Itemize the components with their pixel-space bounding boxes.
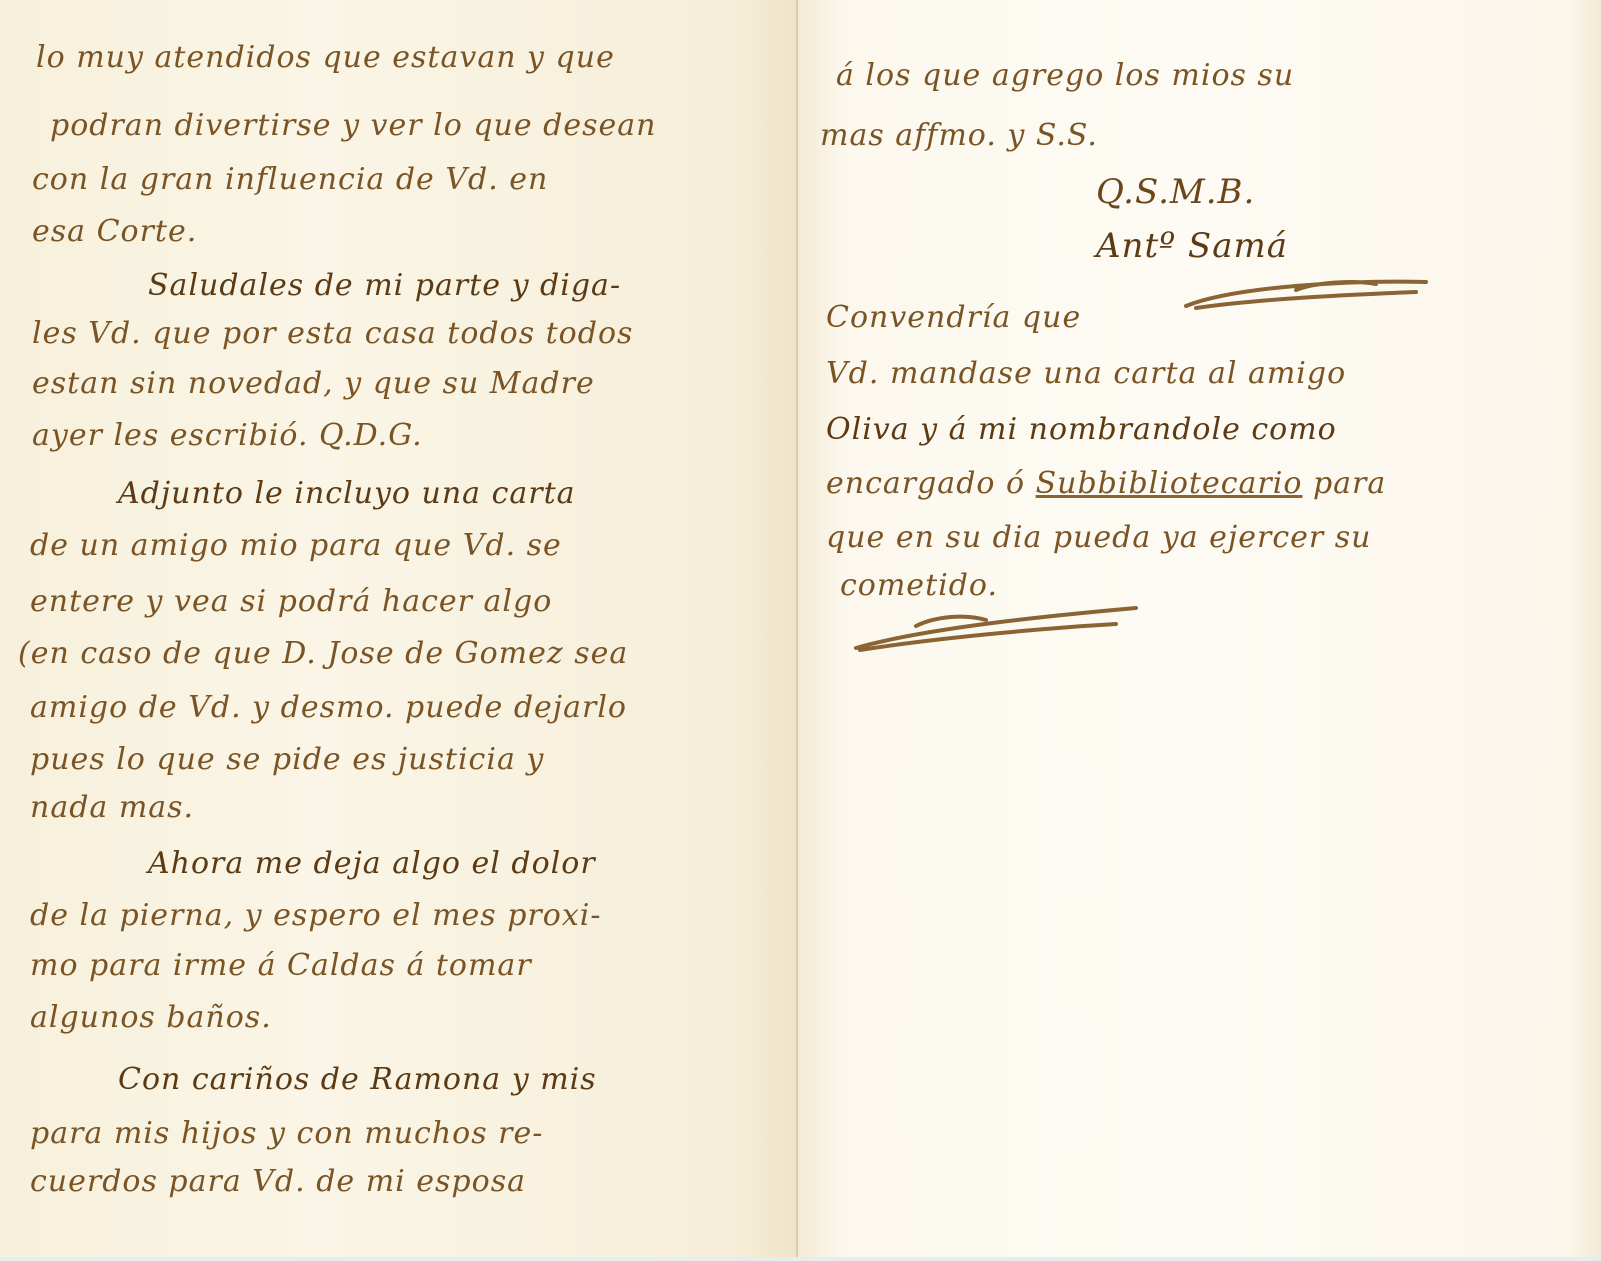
underlined-word: Subbibliotecario bbox=[1036, 466, 1303, 501]
left-line-21: para mis hijos y con muchos re- bbox=[30, 1116, 543, 1151]
postscript-line-1: Convendría que bbox=[826, 300, 1081, 335]
letter-spread: lo muy atendidos que estavan y que podra… bbox=[0, 0, 1601, 1261]
postscript-line-4: encargado ó Subbibliotecario para bbox=[826, 466, 1386, 501]
scan-edge bbox=[0, 1257, 1601, 1261]
left-line-15: nada mas. bbox=[30, 790, 194, 825]
closing-abbreviation: Q.S.M.B. bbox=[1096, 172, 1255, 212]
right-line-2: mas affmo. y S.S. bbox=[820, 118, 1098, 153]
left-line-16: Ahora me deja algo el dolor bbox=[148, 846, 596, 881]
left-line-4: esa Corte. bbox=[32, 214, 197, 249]
page-fold bbox=[796, 0, 798, 1261]
right-page: á los que agrego los mios su mas affmo. … bbox=[796, 0, 1601, 1261]
left-line-13: amigo de Vd. y desmo. puede dejarlo bbox=[30, 690, 627, 725]
left-line-12: (en caso de que D. Jose de Gomez sea bbox=[18, 636, 628, 671]
left-line-5: Saludales de mi parte y diga- bbox=[148, 268, 621, 303]
left-line-6: les Vd. que por esta casa todos todos bbox=[32, 316, 633, 351]
left-line-17: de la pierna, y espero el mes proxi- bbox=[30, 898, 602, 933]
right-line-1: á los que agrego los mios su bbox=[836, 58, 1294, 93]
left-line-22: cuerdos para Vd. de mi esposa bbox=[30, 1164, 526, 1199]
left-line-10: de un amigo mio para que Vd. se bbox=[30, 528, 562, 563]
signature: Antº Samá bbox=[1096, 226, 1288, 266]
left-line-14: pues lo que se pide es justicia y bbox=[30, 742, 544, 777]
left-page: lo muy atendidos que estavan y que podra… bbox=[0, 0, 796, 1261]
postscript-line-3: Oliva y á mi nombrandole como bbox=[826, 412, 1337, 447]
left-line-20: Con cariños de Ramona y mis bbox=[118, 1062, 597, 1097]
postscript-line-5: que en su dia pueda ya ejercer su bbox=[826, 520, 1371, 555]
postscript-line-2: Vd. mandase una carta al amigo bbox=[826, 356, 1346, 391]
closing-flourish-icon bbox=[846, 598, 1146, 658]
left-line-1: lo muy atendidos que estavan y que bbox=[36, 40, 615, 75]
left-line-8: ayer les escribió. Q.D.G. bbox=[32, 418, 423, 453]
left-line-18: mo para irme á Caldas á tomar bbox=[30, 948, 532, 983]
left-line-19: algunos baños. bbox=[30, 1000, 272, 1035]
left-line-3: con la gran influencia de Vd. en bbox=[32, 162, 548, 197]
left-line-7: estan sin novedad, y que su Madre bbox=[32, 366, 595, 401]
left-line-9: Adjunto le incluyo una carta bbox=[118, 476, 576, 511]
left-line-2: podran divertirse y ver lo que desean bbox=[50, 108, 656, 143]
left-line-11: entere y vea si podrá hacer algo bbox=[30, 584, 552, 619]
signature-flourish-icon bbox=[1176, 268, 1436, 318]
